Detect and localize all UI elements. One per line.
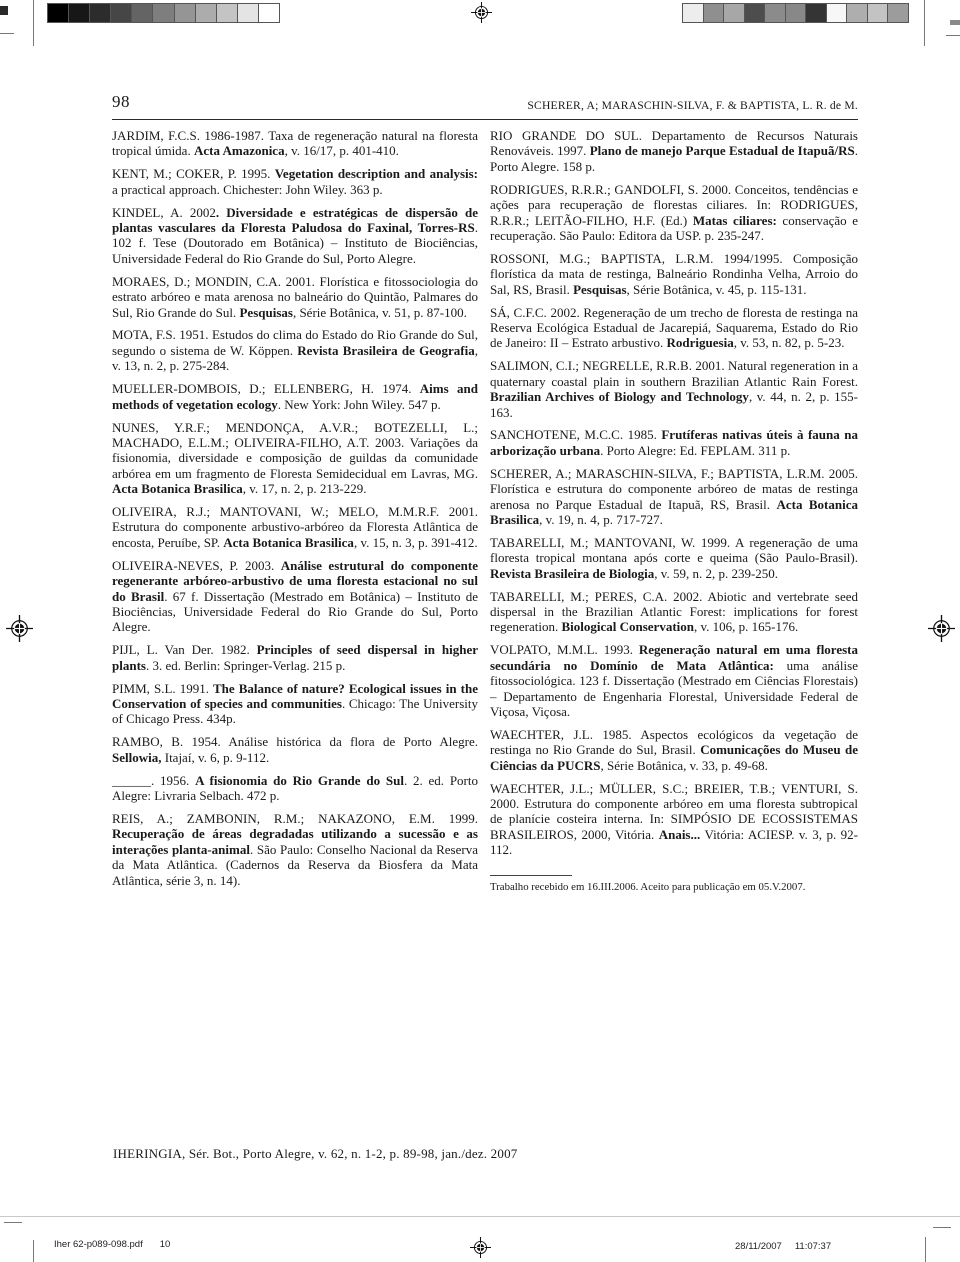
references-column-right: RIO GRANDE DO SUL. Departamento de Recur… [490, 128, 858, 895]
status-bar-file-group: Iher 62-p089-098.pdf 10 [54, 1239, 170, 1250]
calibration-swatch [238, 4, 259, 22]
page-indicator: 10 [160, 1239, 171, 1250]
file-name: Iher 62-p089-098.pdf [54, 1239, 143, 1250]
crop-mark-left-dash [0, 33, 14, 34]
calibration-swatch [132, 4, 153, 22]
calibration-swatch [745, 4, 766, 22]
calibration-swatch [724, 4, 745, 22]
calibration-swatch [175, 4, 196, 22]
page-header: 98 SCHERER, A; MARASCHIN-SILVA, F. & BAP… [112, 92, 858, 120]
reference-entry: KINDEL, A. 2002. Diversidade e estratégi… [112, 205, 478, 267]
crop-mark-top-left [33, 0, 34, 46]
registration-mark-right-icon [928, 615, 955, 642]
calibration-swatch [259, 4, 279, 22]
reference-entry: OLIVEIRA, R.J.; MANTOVANI, W.; MELO, M.M… [112, 504, 478, 550]
reference-entry: PIJL, L. Van Der. 1982. Principles of se… [112, 642, 478, 673]
crop-mark-left-edge [0, 6, 8, 15]
reference-entry: RAMBO, B. 1954. Análise histórica da flo… [112, 734, 478, 765]
calibration-swatch [111, 4, 132, 22]
reference-entry: SALIMON, C.I.; NEGRELLE, R.R.B. 2001. Na… [490, 358, 858, 420]
grayscale-calibration-bar-right [682, 3, 909, 23]
calibration-swatch [888, 4, 908, 22]
registration-mark-top-icon [471, 2, 492, 23]
calibration-swatch [69, 4, 90, 22]
references-column-left: JARDIM, F.C.S. 1986-1987. Taxa de regene… [112, 128, 478, 895]
journal-footer-line: IHERINGIA, Sér. Bot., Porto Alegre, v. 6… [113, 1146, 517, 1162]
reference-entry: TABARELLI, M.; MANTOVANI, W. 1999. A reg… [490, 535, 858, 581]
reference-entry: PIMM, S.L. 1991. The Balance of nature? … [112, 681, 478, 727]
reference-entry: VOLPATO, M.M.L. 1993. Regeneração natura… [490, 642, 858, 719]
calibration-swatch [806, 4, 827, 22]
print-date: 28/11/2007 [735, 1241, 782, 1252]
reference-entry: MOTA, F.S. 1951. Estudos do clima do Est… [112, 327, 478, 373]
calibration-swatch [48, 4, 69, 22]
reference-entry: RODRIGUES, R.R.R.; GANDOLFI, S. 2000. Co… [490, 182, 858, 244]
reference-entry: WAECHTER, J.L.; MÜLLER, S.C.; BREIER, T.… [490, 781, 858, 858]
references-column-right-list: RIO GRANDE DO SUL. Departamento de Recur… [490, 128, 858, 858]
calibration-swatch [90, 4, 111, 22]
reference-entry: OLIVEIRA-NEVES, P. 2003. Análise estrutu… [112, 558, 478, 635]
received-note: Trabalho recebido em 16.III.2006. Aceito… [490, 881, 858, 894]
reference-entry: JARDIM, F.C.S. 1986-1987. Taxa de regene… [112, 128, 478, 159]
calibration-swatch [827, 4, 848, 22]
registration-mark-left-icon [6, 615, 33, 642]
crop-mark-bottom-right [925, 1237, 926, 1262]
reference-entry: MUELLER-DOMBOIS, D.; ELLENBERG, H. 1974.… [112, 381, 478, 412]
running-header-authors: SCHERER, A; MARASCHIN-SILVA, F. & BAPTIS… [527, 99, 858, 112]
crop-mark-right-edge [950, 20, 960, 25]
grayscale-calibration-bar-left [47, 3, 280, 23]
reference-entry: ______. 1956. A fisionomia do Rio Grande… [112, 773, 478, 804]
reference-entry: TABARELLI, M.; PERES, C.A. 2002. Abiotic… [490, 589, 858, 635]
reference-entry: SÁ, C.F.C. 2002. Regeneração de um trech… [490, 305, 858, 351]
reference-entry: REIS, A.; ZAMBONIN, R.M.; NAKAZONO, E.M.… [112, 811, 478, 888]
reference-entry: WAECHTER, J.L. 1985. Aspectos ecológicos… [490, 727, 858, 773]
reference-entry: SCHERER, A.; MARASCHIN-SILVA, F.; BAPTIS… [490, 466, 858, 528]
calibration-swatch [196, 4, 217, 22]
page-number: 98 [112, 92, 130, 112]
reference-entry: RIO GRANDE DO SUL. Departamento de Recur… [490, 128, 858, 174]
print-time: 11:07:37 [795, 1241, 831, 1252]
received-note-divider [490, 875, 572, 876]
calibration-swatch [704, 4, 725, 22]
crop-mark-bottom-left-dash [4, 1222, 22, 1223]
reference-entry: MORAES, D.; MONDIN, C.A. 2001. Florístic… [112, 274, 478, 320]
calibration-swatch [765, 4, 786, 22]
status-bar-datetime-group: 28/11/2007 11:07:37 [735, 1241, 831, 1252]
reference-entry: NUNES, Y.R.F.; MENDONÇA, A.V.R.; BOTEZEL… [112, 420, 478, 497]
crop-mark-bottom-left [33, 1240, 34, 1262]
footer-separator-line [0, 1216, 960, 1217]
references-section: JARDIM, F.C.S. 1986-1987. Taxa de regene… [112, 128, 858, 895]
crop-mark-right-dash [946, 35, 960, 36]
prepress-proof-sheet: { "page": { "header": { "page_number": "… [0, 0, 960, 1262]
reference-entry: ROSSONI, M.G.; BAPTISTA, L.R.M. 1994/199… [490, 251, 858, 297]
crop-mark-top-right [924, 0, 925, 46]
calibration-swatch [683, 4, 704, 22]
crop-mark-bottom-right-dash [933, 1227, 951, 1228]
calibration-swatch [847, 4, 868, 22]
calibration-swatch [153, 4, 174, 22]
calibration-swatch [786, 4, 807, 22]
reference-entry: SANCHOTENE, M.C.C. 1985. Frutíferas nati… [490, 427, 858, 458]
reference-entry: KENT, M.; COKER, P. 1995. Vegetation des… [112, 166, 478, 197]
calibration-swatch [217, 4, 238, 22]
registration-mark-bottom-icon [470, 1237, 491, 1258]
calibration-swatch [868, 4, 889, 22]
